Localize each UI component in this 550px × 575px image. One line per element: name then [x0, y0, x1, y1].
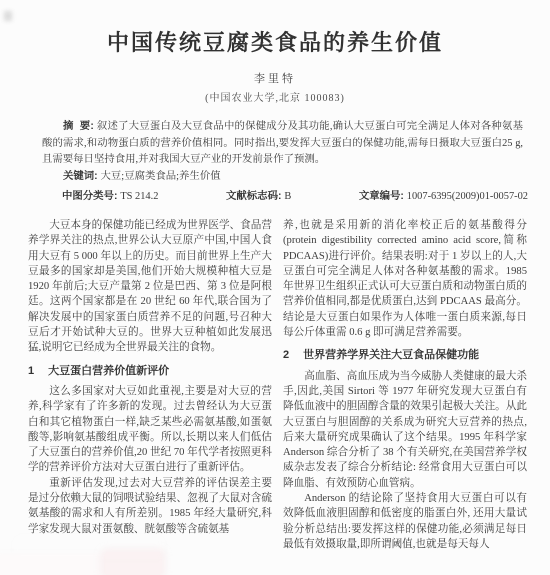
section-heading-1: 1大豆蛋白营养价值新评价: [28, 364, 272, 379]
document-code-label: 文献标志码:: [226, 191, 284, 202]
paper-page: 中国传统豆腐类食品的养生价值 李里特 (中国农业大学,北京 100083) 摘 …: [0, 0, 550, 575]
author-name: 李里特: [0, 70, 550, 86]
blur-artifact: [104, 552, 162, 575]
clc-label: 中图分类号:: [62, 191, 120, 202]
abstract: 摘 要: 叙述了大豆蛋白及大豆食品中的保健成分及其功能,确认大豆蛋白可完全满足人…: [42, 119, 523, 169]
paragraph-intro: 大豆本身的保健功能已经成为世界医学、食品营养学界关注的热点,世界公认大豆原产中国…: [28, 218, 272, 356]
section-1-title: 大豆蛋白营养价值新评价: [48, 365, 169, 377]
keywords-label: 关键词:: [63, 171, 101, 182]
blur-artifact: [0, 556, 98, 575]
author-affiliation: (中国农业大学,北京 100083): [0, 89, 550, 104]
section-2-number: 2: [283, 349, 289, 361]
left-column: 大豆本身的保健功能已经成为世界医学、食品营养学界关注的热点,世界公认大豆原产中国…: [28, 218, 272, 552]
clc-value: TS 214.2: [120, 191, 158, 202]
body-columns: 大豆本身的保健功能已经成为世界医学、食品营养学界关注的热点,世界公认大豆原产中国…: [28, 218, 527, 552]
abstract-text: 叙述了大豆蛋白及大豆食品中的保健成分及其功能,确认大豆蛋白可完全满足人体对各种氨…: [42, 121, 523, 165]
paragraph-section2-b: Anderson 的结论除了坚持食用大豆蛋白可以有效降低血液胆固醇和低密度的脂蛋…: [283, 491, 527, 552]
section-2-title: 世界营养学界关注大豆食品保健功能: [303, 349, 479, 361]
clc-number: 中图分类号: TS 214.2: [62, 189, 158, 205]
article-id-label: 文章编号:: [359, 191, 407, 202]
paragraph-section1-b: 重新评估发现,过去对大豆营养的评估误差主要是过分依赖大鼠的饲喂试验结果、忽视了大…: [28, 476, 272, 537]
paragraph-section2-a: 高血脂、高血压成为当今威胁人类健康的最大杀手,因此,美国 Sirtori 等 1…: [283, 369, 527, 491]
section-heading-2: 2世界营养学界关注大豆食品保健功能: [283, 348, 527, 363]
document-code-value: B: [284, 191, 291, 202]
abstract-label: 摘 要:: [63, 121, 97, 132]
document-code: 文献标志码: B: [226, 189, 291, 205]
keywords: 关键词: 大豆;豆腐类食品;养生价值: [42, 169, 523, 186]
paper-title: 中国传统豆腐类食品的养生价值: [10, 26, 540, 57]
paragraph-section1-a: 这么多国家对大豆如此重视,主要是对大豆的营养,科学家有了许多新的发现。过去曾经认…: [28, 384, 272, 476]
scan-smudge-artifact: [4, 11, 12, 21]
article-id-value: 1007-6395(2009)01-0057-02: [407, 191, 528, 202]
section-1-number: 1: [28, 365, 34, 377]
article-id: 文章编号: 1007-6395(2009)01-0057-02: [359, 189, 528, 205]
right-column: 养,也就是采用新的消化率校正后的氨基酸得分(protein digestibil…: [283, 218, 527, 552]
meta-line: 中图分类号: TS 214.2 文献标志码: B 文章编号: 1007-6395…: [62, 189, 528, 205]
paragraph-section1-continuation: 养,也就是采用新的消化率校正后的氨基酸得分(protein digestibil…: [283, 218, 527, 340]
keywords-text: 大豆;豆腐类食品;养生价值: [101, 171, 221, 182]
